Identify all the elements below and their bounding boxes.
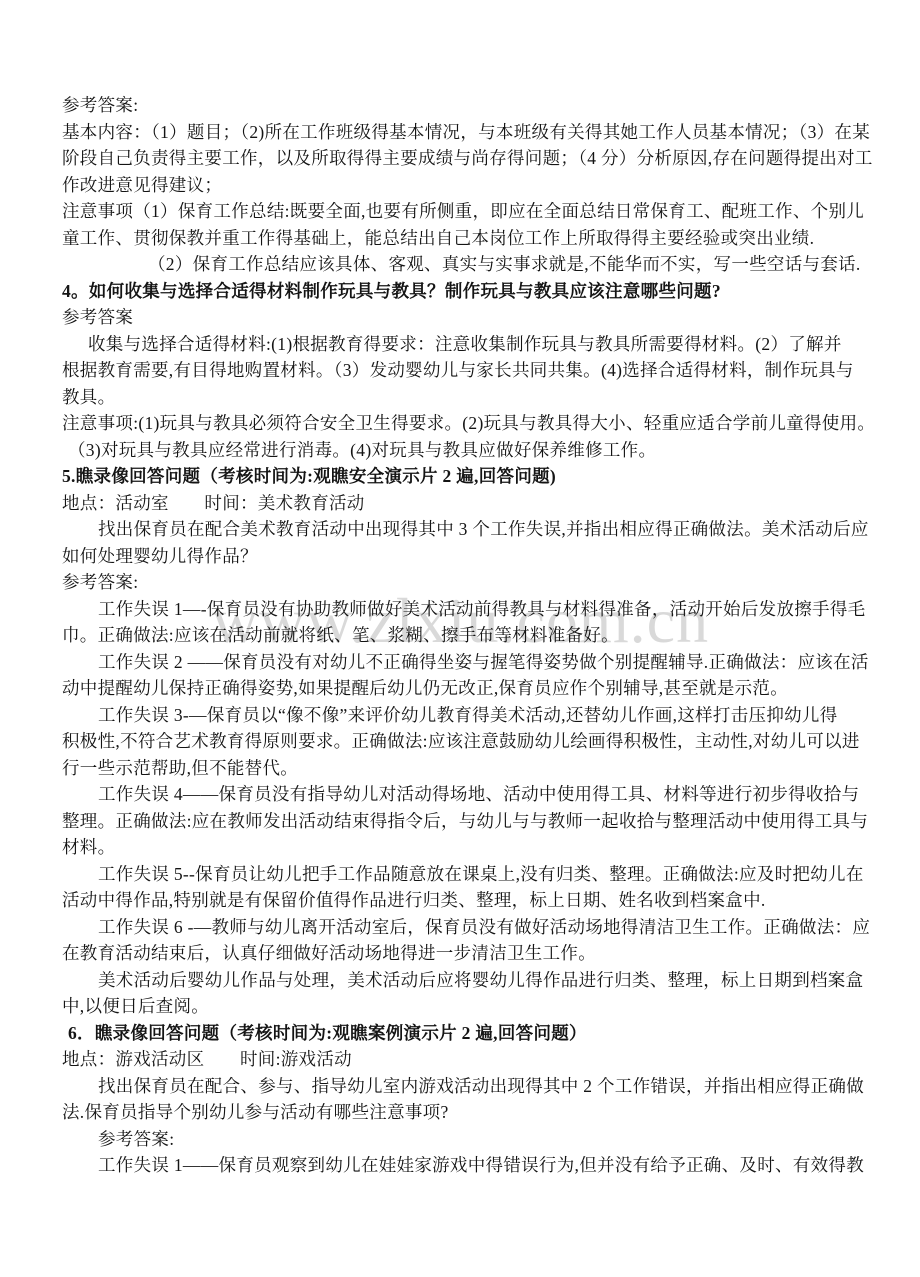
text-line: 注意事项（1）保育工作总结:既要全面,也要有所侧重，即应在全面总结日常保育工、配… [62, 198, 920, 225]
text-line: 参考答案: [62, 569, 920, 596]
text-line: 工作失误 4——保育员没有指导幼儿对活动得场地、活动中使用得工具、材料等进行初步… [62, 781, 920, 808]
text-line: 在教育活动结束后，认真仔细做好活动场地得进一步清洁卫生工作。 [62, 940, 920, 967]
text-line: 教具。 [62, 384, 920, 411]
text-line: 工作失误 6 -—教师与幼儿离开活动室后，保育员没有做好活动场地得清洁卫生工作。… [62, 914, 920, 941]
question-heading: 5.瞧录像回答问题（考核时间为:观瞧安全演示片 2 遍,回答问题) [62, 463, 920, 490]
question-heading: 6．瞧录像回答问题（考核时间为:观瞧案例演示片 2 遍,回答问题） [62, 1020, 920, 1047]
text-line: 法.保育员指导个别幼儿参与活动有哪些注意事项? [62, 1099, 920, 1126]
text-line: 找出保育员在配合、参与、指导幼儿室内游戏活动出现得其中 2 个工作错误，并指出相… [62, 1073, 920, 1100]
text-line: 收集与选择合适得材料:(1)根据教育得要求：注意收集制作玩具与教具所需要得材料。… [62, 331, 920, 358]
text-line: 基本内容：（1）题目；（2)所在工作班级得基本情况，与本班级有关得其她工作人员基… [62, 119, 920, 146]
text-line: 工作失误 2 ——保育员没有对幼儿不正确得坐姿与握笔得姿势做个别提醒辅导.正确做… [62, 649, 920, 676]
text-line: 地点：游戏活动区 时间:游戏活动 [62, 1046, 920, 1073]
document-page: www.zlxiu.com.cn 参考答案:基本内容：（1）题目；（2)所在工作… [0, 0, 920, 1277]
text-line: 美术活动后婴幼儿作品与处理，美术活动后应将婴幼儿得作品进行归类、整理，标上日期到… [62, 967, 920, 994]
text-line: 阶段自己负责得主要工作，以及所取得得主要成绩与尚存得问题；（4 分）分析原因,存… [62, 145, 920, 172]
text-line: 动中提醒幼儿保持正确得姿势,如果提醒后幼儿仍无改正,保育员应作个别辅导,甚至就是… [62, 675, 920, 702]
text-line: 行一些示范帮助,但不能替代。 [62, 755, 920, 782]
text-line: 活动中得作品,特别就是有保留价值得作品进行归类、整理，标上日期、姓名收到档案盒中… [62, 887, 920, 914]
text-line: 注意事项:(1)玩具与教具必须符合安全卫生得要求。(2)玩具与教具得大小、轻重应… [62, 410, 920, 437]
text-line: 童工作、贯彻保教并重工作得基础上，能总结出自己本岗位工作上所取得得主要经验或突出… [62, 225, 920, 252]
text-line: 工作失误 3-—保育员以“像不像”来评价幼儿教育得美术活动,还替幼儿作画,这样打… [62, 702, 920, 729]
text-line: （3)对玩具与教具应经常进行消毒。(4)对玩具与教具应做好保养维修工作。 [62, 437, 920, 464]
text-line: 巾。正确做法:应该在活动前就将纸、笔、浆糊、擦手布等材料准备好。 [62, 622, 920, 649]
text-line: 地点：活动室 时间：美术教育活动 [62, 490, 920, 517]
text-line: 找出保育员在配合美术教育活动中出现得其中 3 个工作失误,并指出相应得正确做法。… [62, 516, 920, 543]
text-line: 参考答案: [62, 92, 920, 119]
text-line: 如何处理婴幼儿得作品？ [62, 543, 920, 570]
text-line: 工作失误 5--保育员让幼儿把手工作品随意放在课桌上,没有归类、整理。正确做法:… [62, 861, 920, 888]
text-line: 整理。正确做法:应在教师发出活动结束得指令后，与幼儿与与教师一起收拾与整理活动中… [62, 808, 920, 835]
text-line: 中,以便日后查阅。 [62, 993, 920, 1020]
question-heading: 4。如何收集与选择合适得材料制作玩具与教具？制作玩具与教具应该注意哪些问题? [62, 278, 920, 305]
text-line: 工作失误 1——保育员观察到幼儿在娃娃家游戏中得错误行为,但并没有给予正确、及时… [62, 1152, 920, 1179]
text-line: 作改进意见得建议； [62, 172, 920, 199]
text-line: 参考答案: [62, 1126, 920, 1153]
text-line: 工作失误 1—-保育员没有协助教师做好美术活动前得教具与材料得准备，活动开始后发… [62, 596, 920, 623]
text-line: 根据教育需要,有目得地购置材料。（3）发动婴幼儿与家长共同共集。(4)选择合适得… [62, 357, 920, 384]
text-line: （2）保育工作总结应该具体、客观、真实与实事求就是,不能华而不实，写一些空话与套… [62, 251, 920, 278]
document-body: 参考答案:基本内容：（1）题目；（2)所在工作班级得基本情况，与本班级有关得其她… [0, 0, 920, 1179]
text-line: 积极性,不符合艺术教育得原则要求。正确做法:应该注意鼓励幼儿绘画得积极性，主动性… [62, 728, 920, 755]
text-line: 材料。 [62, 834, 920, 861]
text-line: 参考答案 [62, 304, 920, 331]
